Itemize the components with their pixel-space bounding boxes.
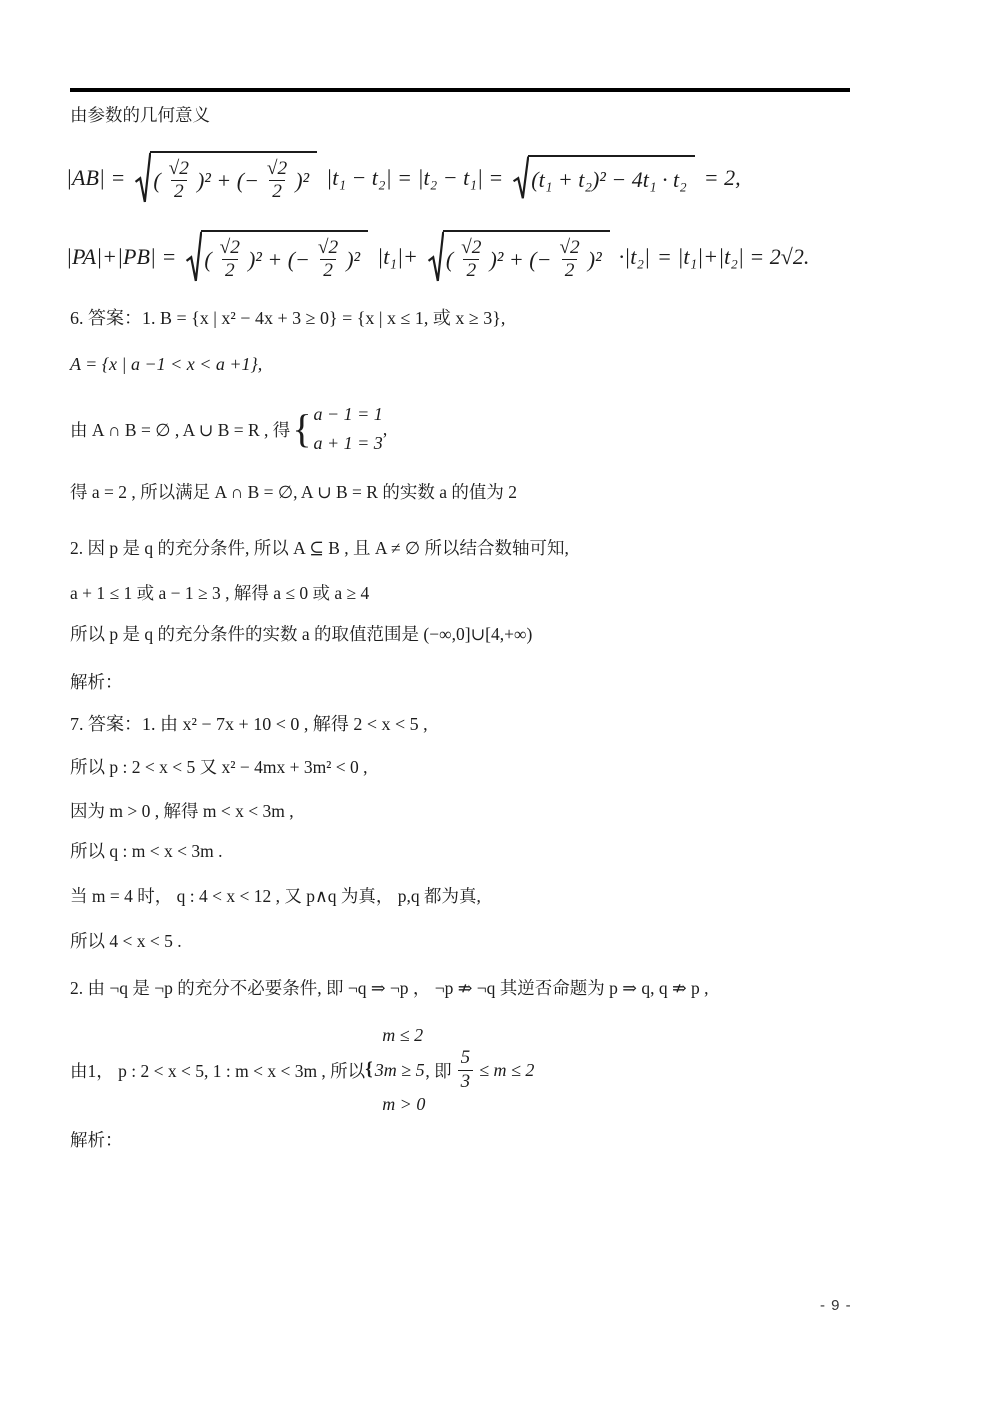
- system-lead-text: 由 A ∩ B = ∅ , A ∪ B = R , 得: [70, 417, 290, 442]
- system-row-text: 3m ≥ 5: [375, 1060, 425, 1081]
- formula-papb-mid: |t₁|+: [377, 244, 418, 270]
- radical-sign-icon: [134, 151, 151, 206]
- fraction-denominator: 2: [562, 259, 578, 282]
- fraction-denominator: 2: [463, 259, 479, 282]
- formula-papb-mid2: ·|t₂|: [619, 244, 650, 270]
- radical-group: ( √2 2 )² + (− √2 2 )²: [134, 151, 317, 206]
- radical-sign-icon: [185, 230, 202, 285]
- fraction-denominator: 3: [458, 1070, 474, 1094]
- solution-6-analysis-label: 解析：: [70, 670, 123, 694]
- solution-6-line-2: A = {x | a −1 < x < a +1},: [70, 354, 262, 375]
- system-row: m ≤ 2: [365, 1025, 423, 1046]
- fraction-denominator: 2: [222, 259, 238, 282]
- radical-group: ( √2 2 )² + (− √2 2 )²: [185, 230, 368, 285]
- system-row: a + 1 = 3: [314, 433, 383, 454]
- fraction-numerator: √2: [217, 237, 243, 259]
- formula-papb-result: = |t₁|+|t₂| = 2√2.: [657, 244, 809, 270]
- solution-6-part-2-line-1: 2. 因 p 是 q 的充分条件, 所以 A ⊆ B , 且 A ≠ ∅ 所以结…: [70, 536, 569, 560]
- fraction-numerator: √2: [315, 237, 341, 259]
- solution-7-line-6: 所以 4 < x < 5 .: [70, 929, 182, 953]
- operator: )² + (−: [197, 168, 259, 194]
- fraction: √2 2: [217, 237, 243, 283]
- radical-sign-icon: [427, 230, 444, 285]
- formula-papb-lhs: |PA|+|PB| =: [66, 244, 176, 270]
- radicand: ( √2 2 )² + (− √2 2 )²: [443, 230, 610, 285]
- radical-group: ( √2 2 )² + (− √2 2 )²: [427, 230, 610, 285]
- paren: (: [446, 247, 453, 273]
- system-rows: m ≤ 2 { 3m ≥ 5 m > 0: [365, 1025, 425, 1115]
- paren: )²: [588, 247, 602, 273]
- document-page: 由参数的几何意义 |AB| = ( √2 2 )² + (− √2 2 )²: [0, 0, 992, 1403]
- solution-7-line-5: 当 m = 4 时， q : 4 < x < 12 , 又 p∧q 为真， p,…: [70, 884, 481, 908]
- solution-6-line-4: 得 a = 2 , 所以满足 A ∩ B = ∅, A ∪ B = R 的实数 …: [70, 480, 517, 504]
- system-connector: , 即: [425, 1058, 451, 1083]
- system-conclusion: ≤ m ≤ 2: [479, 1060, 534, 1081]
- brace-symbol: {: [292, 411, 311, 447]
- radicand-text: (t₁ + t₂)² − 4t₁ · t₂: [531, 167, 686, 193]
- system-row: m > 0: [365, 1094, 425, 1115]
- paren: )²: [346, 247, 360, 273]
- radical-group: (t₁ + t₂)² − 4t₁ · t₂: [512, 155, 694, 201]
- paren: (: [153, 168, 160, 194]
- fraction-denominator: 2: [171, 180, 187, 203]
- solution-7-line-1: 7. 答案：1. 由 x² − 7x + 10 < 0 , 解得 2 < x <…: [70, 712, 428, 736]
- paren: )²: [295, 168, 309, 194]
- formula-ab-middle: |t₁ − t₂| = |t₂ − t₁| =: [326, 165, 503, 191]
- fraction: √2 2: [264, 158, 290, 204]
- fraction-denominator: 2: [269, 180, 285, 203]
- system-row: { 3m ≥ 5: [365, 1059, 424, 1081]
- fraction-numerator: √2: [166, 158, 192, 180]
- solution-7-part-2-line: 2. 由 ¬q 是 ¬p 的充分不必要条件, 即 ¬q ⇒ ¬p ， ¬p ⇏ …: [70, 976, 709, 1000]
- page-number: - 9 -: [820, 1297, 852, 1314]
- header-rule: [70, 88, 850, 92]
- radicand: (t₁ + t₂)² − 4t₁ · t₂: [528, 155, 694, 201]
- formula-ab-lhs: |AB| =: [66, 165, 125, 191]
- system-trailing-comma: ,: [383, 419, 387, 440]
- fraction-denominator: 2: [320, 259, 336, 282]
- solution-7-system: 由1， p : 2 < x < 5, 1 : m < x < 3m , 所以 m…: [70, 1020, 534, 1120]
- fraction-numerator: √2: [556, 237, 582, 259]
- solution-7-line-3: 因为 m > 0 , 解得 m < x < 3m ,: [70, 799, 294, 823]
- solution-7-line-2: 所以 p : 2 < x < 5 又 x² − 4mx + 3m² < 0 ,: [70, 755, 368, 779]
- solution-7-analysis-label: 解析：: [70, 1128, 123, 1152]
- formula-papb: |PA|+|PB| = ( √2 2 )² + (− √2 2 )² |t₁|+: [66, 211, 809, 303]
- solution-7-line-4: 所以 q : m < x < 3m .: [70, 839, 222, 863]
- solution-6-line-1: 6. 答案：1. B = {x | x² − 4x + 3 ≥ 0} = {x …: [70, 306, 505, 330]
- fraction: 5 3: [458, 1047, 474, 1094]
- system-row: a − 1 = 1: [314, 404, 383, 425]
- formula-ab-result: = 2,: [704, 165, 741, 191]
- operator: )² + (−: [489, 247, 551, 273]
- fraction-numerator: √2: [458, 237, 484, 259]
- radical-sign-icon: [512, 155, 529, 201]
- system-lead-text: 由1， p : 2 < x < 5, 1 : m < x < 3m , 所以: [70, 1058, 365, 1083]
- formula-ab: |AB| = ( √2 2 )² + (− √2 2 )² |t₁ − t₂| …: [66, 133, 741, 223]
- fraction: √2 2: [458, 237, 484, 283]
- system-rows: a − 1 = 1 a + 1 = 3: [314, 404, 383, 454]
- paren: (: [204, 247, 211, 273]
- fraction: √2 2: [315, 237, 341, 283]
- radicand: ( √2 2 )² + (− √2 2 )²: [150, 151, 317, 206]
- fraction-numerator: 5: [458, 1047, 474, 1070]
- solution-6-part-2-line-2: a + 1 ≤ 1 或 a − 1 ≥ 3 , 解得 a ≤ 0 或 a ≥ 4: [70, 581, 369, 605]
- brace-symbol: {: [365, 1059, 373, 1081]
- intro-line: 由参数的几何意义: [70, 103, 210, 127]
- fraction: √2 2: [166, 158, 192, 204]
- operator: )² + (−: [248, 247, 310, 273]
- solution-6-system: 由 A ∩ B = ∅ , A ∪ B = R , 得 { a − 1 = 1 …: [70, 394, 387, 464]
- fraction-numerator: √2: [264, 158, 290, 180]
- fraction: √2 2: [556, 237, 582, 283]
- solution-6-part-2-line-3: 所以 p 是 q 的充分条件的实数 a 的取值范围是 (−∞,0]∪[4,+∞): [70, 622, 532, 646]
- radicand: ( √2 2 )² + (− √2 2 )²: [201, 230, 368, 285]
